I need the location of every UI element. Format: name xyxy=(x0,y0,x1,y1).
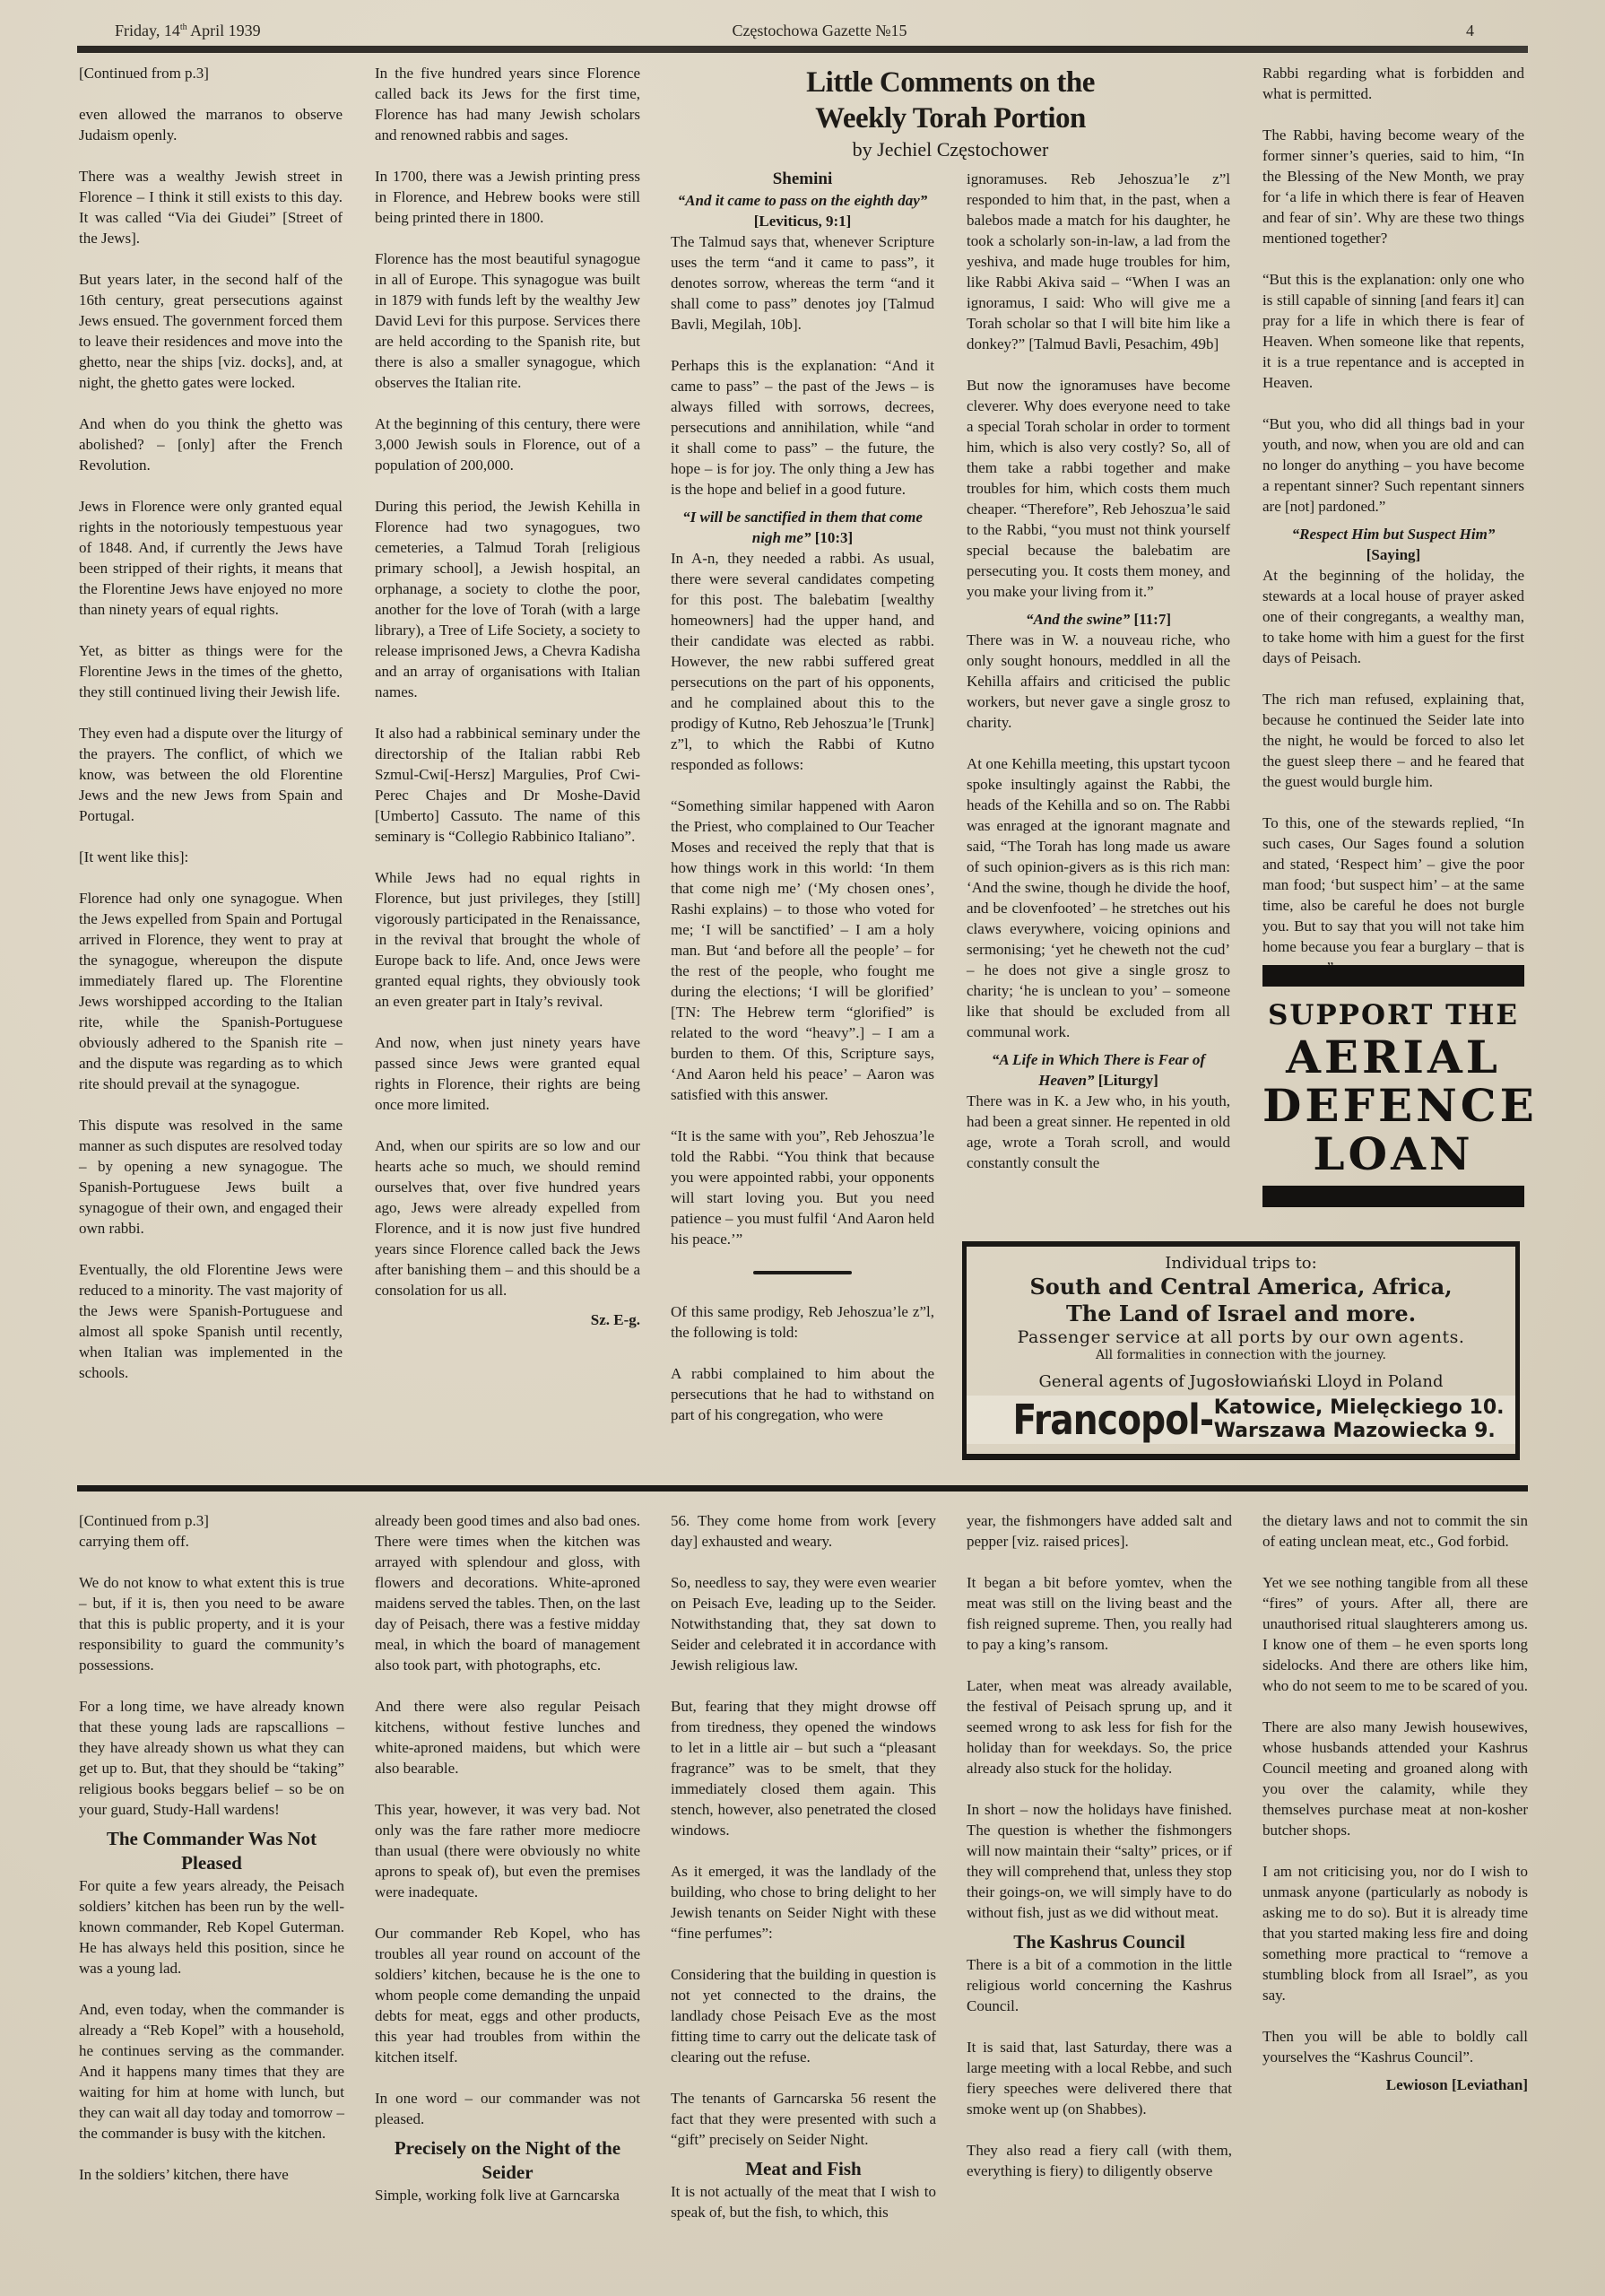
travel-ad-destinations-2: The Land of Israel and more. xyxy=(967,1300,1515,1327)
address-warszawa: Warszawa Mazowiecka 9. xyxy=(1214,1420,1505,1443)
commander-heading: The Commander Was Not Pleased xyxy=(79,1827,344,1875)
paragraph: In A-n, they needed a rabbi. As usual, t… xyxy=(671,548,934,775)
quote-heading-5: “Respect Him but Suspect Him” xyxy=(1262,524,1524,544)
florence-signature: Sz. E-g. xyxy=(375,1309,640,1330)
paragraph: ignoramuses. Reb Jehoszua’le z”l respond… xyxy=(967,169,1230,354)
travel-ad-formalities: All formalities in connection with the j… xyxy=(967,1347,1515,1363)
paragraph: This dispute was resolved in the same ma… xyxy=(79,1115,343,1239)
paragraph: In one word – our commander was not plea… xyxy=(375,2088,640,2129)
section-divider xyxy=(753,1271,852,1274)
travel-ad-agents: General agents of Jugosłowiański Lloyd i… xyxy=(967,1372,1515,1392)
bottom-col3: 56. They come home from work [every day]… xyxy=(671,1510,936,2230)
paragraph: In short – now the holidays have finishe… xyxy=(967,1799,1232,1923)
francopol-travel-ad: Individual trips to: South and Central A… xyxy=(962,1241,1520,1460)
paragraph: I am not criticising you, nor do I wish … xyxy=(1262,1861,1528,2005)
paragraph: In the soldiers’ kitchen, there have xyxy=(79,2164,344,2185)
paragraph: And now, when just ninety years have pas… xyxy=(375,1032,640,1115)
kashrus-signature: Lewioson [Leviathan] xyxy=(1262,2074,1528,2095)
paragraph: even allowed the marranos to observe Jud… xyxy=(79,104,343,145)
paragraph: In the five hundred years since Florence… xyxy=(375,63,640,145)
page-number: 4 xyxy=(1466,22,1474,40)
paragraph: The Rabbi, having become weary of the fo… xyxy=(1262,125,1524,248)
paragraph: They also read a fiery call (with them, … xyxy=(967,2140,1232,2181)
paragraph: Yet we see nothing tangible from all the… xyxy=(1262,1572,1528,1696)
ad-bar-bottom xyxy=(1262,1186,1524,1207)
loan-ad-line1: SUPPORT THE xyxy=(1262,997,1524,1033)
quote-heading-4: “A Life in Which There is Fear of Heaven… xyxy=(967,1049,1230,1091)
quote-heading-2: “I will be sanctified in them that come … xyxy=(671,507,934,548)
masthead: Friday, 14th April 1939 Częstochowa Gaze… xyxy=(115,22,1524,43)
torah-paras-d: ignoramuses. Reb Jehoszua’le z”l respond… xyxy=(967,169,1230,602)
loan-ad-line3: DEFENCE xyxy=(1262,1082,1524,1130)
travel-ad-intro: Individual trips to: xyxy=(967,1254,1515,1274)
paragraph: There was a wealthy Jewish street in Flo… xyxy=(79,166,343,248)
quote-heading-1: “And it came to pass on the eighth day” … xyxy=(671,190,934,231)
paragraph: This year, however, it was very bad. Not… xyxy=(375,1799,640,1902)
paragraph: As it emerged, it was the landlady of th… xyxy=(671,1861,936,1944)
paragraph: And there were also regular Peisach kitc… xyxy=(375,1696,640,1779)
paragraph: A rabbi complained to him about the pers… xyxy=(671,1363,934,1425)
paragraph: While Jews had no equal rights in Floren… xyxy=(375,867,640,1012)
bottom-col2: already been good times and also bad one… xyxy=(375,1510,640,2213)
address-katowice: Katowice, Mielęckiego 10. xyxy=(1214,1396,1505,1420)
francopol-logo: Francopol- xyxy=(1013,1396,1214,1444)
paragraph: Florence had only one synagogue. When th… xyxy=(79,888,343,1094)
aerial-defence-loan-ad: SUPPORT THE AERIAL DEFENCE LOAN xyxy=(1262,965,1524,1207)
paragraph: To this, one of the stewards replied, “I… xyxy=(1262,813,1524,978)
bottom-col5: the dietary laws and not to commit the s… xyxy=(1262,1510,1528,2095)
paragraph: Eventually, the old Florentine Jews were… xyxy=(79,1259,343,1383)
loan-ad-line2: AERIAL xyxy=(1262,1033,1524,1082)
paragraph: There was in W. a nouveau riche, who onl… xyxy=(967,630,1230,733)
torah-paras-e: There was in W. a nouveau riche, who onl… xyxy=(967,630,1230,1042)
paragraph: During this period, the Jewish Kehilla i… xyxy=(375,496,640,702)
paragraph: There is a bit of a commotion in the lit… xyxy=(967,1954,1232,2016)
paragraph: There are also many Jewish housewives, w… xyxy=(1262,1717,1528,1840)
quote-heading-3: “And the swine” [11:7] xyxy=(967,609,1230,630)
paragraph: Of this same prodigy, Reb Jehoszua’le z”… xyxy=(671,1301,934,1343)
travel-ad-destinations-1: South and Central America, Africa, xyxy=(967,1274,1515,1300)
torah-paras-b: In A-n, they needed a rabbi. As usual, t… xyxy=(671,548,934,1249)
paragraph: They even had a dispute over the liturgy… xyxy=(79,723,343,826)
paragraph: The rich man refused, explaining that, b… xyxy=(1262,689,1524,792)
seider-heading: Precisely on the Night of the Seider xyxy=(375,2136,640,2185)
florence-article-col1: [Continued from p.3]even allowed the mar… xyxy=(79,63,343,1390)
middle-divider xyxy=(77,1485,1528,1492)
paragraph: Perhaps this is the explanation: “And it… xyxy=(671,355,934,500)
travel-ad-service: Passenger service at all ports by our ow… xyxy=(967,1327,1515,1347)
paragraph: In 1700, there was a Jewish printing pre… xyxy=(375,166,640,228)
kashrus-heading: The Kashrus Council xyxy=(967,1930,1232,1954)
paragraph: And, when our spirits are so low and our… xyxy=(375,1135,640,1300)
paragraph: It is not actually of the meat that I wi… xyxy=(671,2181,936,2222)
paragraph: year, the fishmongers have added salt an… xyxy=(967,1510,1232,1552)
torah-article-col2: ignoramuses. Reb Jehoszua’le z”l respond… xyxy=(967,169,1230,1180)
paragraph: 56. They come home from work [every day]… xyxy=(671,1510,936,1552)
ad-bar-top xyxy=(1262,965,1524,987)
florence-article-col2: In the five hundred years since Florence… xyxy=(375,63,640,1330)
paragraph: [Continued from p.3] carrying them off. xyxy=(79,1510,344,1552)
torah-paras-f: There was in K. a Jew who, in his youth,… xyxy=(967,1091,1230,1173)
paragraph: “But this is the explanation: only one w… xyxy=(1262,269,1524,393)
torah-paras-a: The Talmud says that, whenever Scripture… xyxy=(671,231,934,500)
paragraph: So, needless to say, they were even wear… xyxy=(671,1572,936,1675)
paragraph: [It went like this]: xyxy=(79,847,343,867)
paragraph: But years later, in the second half of t… xyxy=(79,269,343,393)
bottom-col4: year, the fishmongers have added salt an… xyxy=(967,1510,1232,2188)
torah-paras-c: Of this same prodigy, Reb Jehoszua’le z”… xyxy=(671,1301,934,1425)
paragraph: For a long time, we have already known t… xyxy=(79,1696,344,1820)
paragraph: “Something similar happened with Aaron t… xyxy=(671,796,934,1105)
torah-paras-h: At the beginning of the holiday, the ste… xyxy=(1262,565,1524,978)
paragraph: At one Kehilla meeting, this upstart tyc… xyxy=(967,753,1230,1042)
paragraph: [Continued from p.3] xyxy=(79,63,343,83)
torah-article-col1: Shemini “And it came to pass on the eigh… xyxy=(671,169,934,1432)
paragraph: At the beginning of this century, there … xyxy=(375,413,640,475)
torah-title-line2: Weekly Torah Portion xyxy=(671,100,1230,136)
loan-ad-line4: LOAN xyxy=(1262,1130,1524,1178)
top-divider xyxy=(77,46,1528,53)
paragraph: There was in K. a Jew who, in his youth,… xyxy=(967,1091,1230,1173)
torah-byline: by Jechiel Częstochower xyxy=(671,138,1230,161)
section-heading-shemini: Shemini xyxy=(671,169,934,190)
paragraph: It began a bit before yomtev, when the m… xyxy=(967,1572,1232,1655)
torah-title-line1: Little Comments on the xyxy=(671,65,1230,100)
paragraph: But now the ignoramuses have become clev… xyxy=(967,375,1230,602)
paragraph: The Talmud says that, whenever Scripture… xyxy=(671,231,934,335)
torah-article-header: Little Comments on the Weekly Torah Port… xyxy=(671,65,1230,161)
paragraph: It is said that, last Saturday, there wa… xyxy=(967,2037,1232,2119)
paragraph: At the beginning of the holiday, the ste… xyxy=(1262,565,1524,668)
paragraph: the dietary laws and not to commit the s… xyxy=(1262,1510,1528,1552)
paragraph: Simple, working folk live at Garncarska xyxy=(375,2185,640,2205)
newspaper-title: Częstochowa Gazette №15 xyxy=(115,22,1524,40)
paragraph: Then you will be able to boldly call you… xyxy=(1262,2026,1528,2067)
paragraph: Our commander Reb Kopel, who has trouble… xyxy=(375,1923,640,2067)
torah-article-col3: Rabbi regarding what is forbidden and wh… xyxy=(1262,63,1524,985)
quote-heading-5-ref: [Saying] xyxy=(1262,544,1524,565)
paragraph: And when do you think the ghetto was abo… xyxy=(79,413,343,475)
paragraph: “It is the same with you”, Reb Jehoszua’… xyxy=(671,1126,934,1249)
paragraph: Yet, as bitter as things were for the Fl… xyxy=(79,640,343,702)
bottom-col1: [Continued from p.3] carrying them off.W… xyxy=(79,1510,344,2192)
paragraph: The tenants of Garncarska 56 resent the … xyxy=(671,2088,936,2150)
paragraph: It also had a rabbinical seminary under … xyxy=(375,723,640,847)
paragraph: We do not know to what extent this is tr… xyxy=(79,1572,344,1675)
torah-paras-g: Rabbi regarding what is forbidden and wh… xyxy=(1262,63,1524,517)
paragraph: Considering that the building in questio… xyxy=(671,1964,936,2067)
meat-fish-heading: Meat and Fish xyxy=(671,2157,936,2181)
paragraph: “But you, who did all things bad in your… xyxy=(1262,413,1524,517)
paragraph: For quite a few years already, the Peisa… xyxy=(79,1875,344,1979)
paragraph: And, even today, when the commander is a… xyxy=(79,1999,344,2144)
paragraph: But, fearing that they might drowse off … xyxy=(671,1696,936,1840)
paragraph: Later, when meat was already available, … xyxy=(967,1675,1232,1779)
paragraph: already been good times and also bad one… xyxy=(375,1510,640,1675)
paragraph: Jews in Florence were only granted equal… xyxy=(79,496,343,620)
paragraph: Rabbi regarding what is forbidden and wh… xyxy=(1262,63,1524,104)
paragraph: Florence has the most beautiful synagogu… xyxy=(375,248,640,393)
